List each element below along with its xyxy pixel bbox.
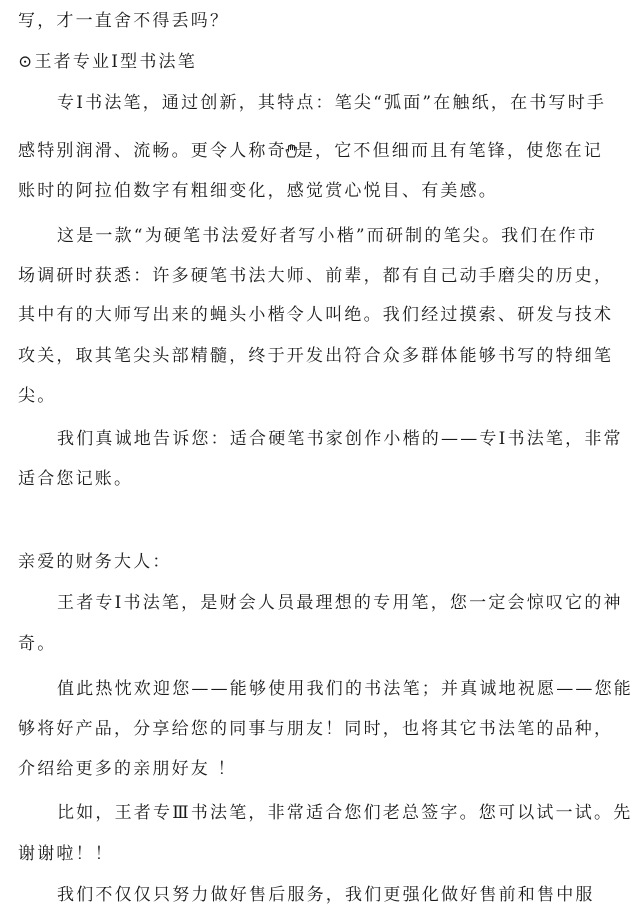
text-line: 其中有的大师写出来的蝇头小楷令人叫绝。我们经过摸索、研发与技术 (18, 304, 623, 326)
text-line: 值此热忱欢迎您——能够使用我们的书法笔；并真诚地祝愿——您能 (57, 678, 623, 700)
text-line: 写，才一直舍不得丢吗？ (18, 10, 623, 32)
hand-cursor-icon (285, 142, 298, 156)
text-line: 够将好产品，分享给您的同事与朋友！同时，也将其它书法笔的品种， (18, 718, 623, 740)
text-segment: 是，它不但细而且有笔锋，使您在记 (296, 141, 603, 161)
text-segment: 感特别润滑、流畅。更令人称奇 (18, 141, 287, 161)
text-line: 王者专Ⅰ书法笔，是财会人员最理想的专用笔，您一定会惊叹它的神 (57, 592, 623, 614)
text-line: 我们真诚地告诉您：适合硬笔书家创作小楷的——专Ⅰ书法笔，非常 (57, 428, 623, 450)
text-line: 场调研时获悉：许多硬笔书法大师、前辈，都有自己动手磨尖的历史， (18, 265, 623, 287)
text-line: 适合您记账。 (18, 468, 623, 490)
text-line: 尖。 (18, 385, 623, 407)
text-line: 攻关，取其笔尖头部精髓，终于开发出符合众多群体能够书写的特细笔 (18, 345, 623, 367)
section-heading: ⊙王者专业Ⅰ型书法笔 (18, 51, 623, 73)
text-line: 账时的阿拉伯数字有粗细变化，感觉赏心悦目、有美感。 (18, 180, 623, 202)
text-line: 奇。 (18, 633, 623, 655)
text-line: 专Ⅰ书法笔，通过创新，其特点：笔尖“弧面”在触纸，在书写时手 (57, 92, 623, 114)
text-line: 我们不仅仅只努力做好售后服务，我们更强化做好售前和售中服 (57, 884, 623, 906)
text-line: 谢谢啦！！ (18, 843, 623, 865)
salutation: 亲爱的财务大人： (18, 551, 623, 573)
document-page: 写，才一直舍不得丢吗？ ⊙王者专业Ⅰ型书法笔 专Ⅰ书法笔，通过创新，其特点：笔尖… (0, 0, 635, 916)
text-line-with-cursor: 感特别润滑、流畅。更令人称奇是，它不但细而且有笔锋，使您在记 (18, 140, 623, 162)
text-line: 这是一款“为硬笔书法爱好者写小楷”而研制的笔尖。我们在作市 (57, 225, 623, 247)
text-line: 比如，王者专Ⅲ书法笔，非常适合您们老总签字。您可以试一试。先 (57, 802, 623, 824)
text-line: 介绍给更多的亲朋好友 ！ (18, 758, 623, 780)
